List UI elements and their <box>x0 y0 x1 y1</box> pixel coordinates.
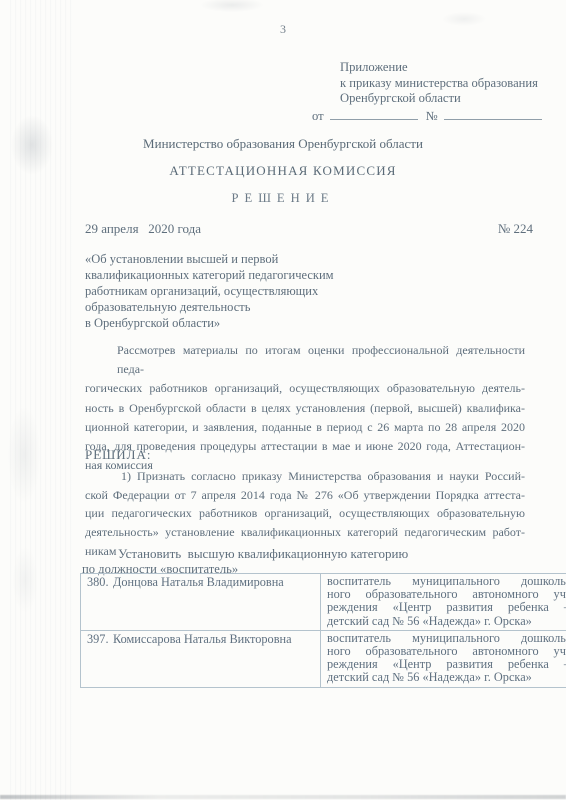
subject-line: «Об установлении высшей и первой <box>85 251 334 267</box>
table-row: 397.Комиссарова Наталья Викторовна воспи… <box>81 630 566 687</box>
document-date: 29 апреля 2020 года <box>85 221 201 237</box>
ministry-title: Министерство образования Оренбургской об… <box>0 136 566 152</box>
subject-line: в Оренбургской области» <box>85 315 334 331</box>
item1-line: 1) Признать согласно приказу Министерств… <box>85 467 525 486</box>
from-label: от <box>312 109 324 123</box>
preamble-line: ционной категории, и заявления, поданные… <box>85 418 525 437</box>
row-number: 397. <box>87 632 113 646</box>
page-number: 3 <box>0 22 566 37</box>
table-row: 380.Донцова Наталья Владимировна воспита… <box>81 574 566 631</box>
teacher-name-cell: 380.Донцова Наталья Владимировна <box>81 574 321 631</box>
item1-line: деятельность» установление квалификацион… <box>85 523 525 542</box>
date-number-row: 29 апреля 2020 года № 224 <box>85 221 533 237</box>
resolved-heading: РЕШИЛА: <box>85 447 152 463</box>
subject-block: «Об установлении высшей и первой квалифи… <box>85 251 334 331</box>
preamble-line: гогических работников организаций, осуще… <box>85 379 525 398</box>
teacher-position-cell: воспитатель муниципального дошколь- ного… <box>321 574 566 631</box>
teacher-name: Комиссарова Наталья Викторовна <box>113 632 292 646</box>
document-type-title: РЕШЕНИЕ <box>0 191 566 206</box>
scan-smudge <box>2 390 46 520</box>
document-number: № 224 <box>498 221 533 237</box>
row-number: 380. <box>87 575 113 589</box>
scan-smudge <box>192 0 272 14</box>
establish-category-line: Установить высшую квалификационную катег… <box>118 546 408 562</box>
item1-line: ской Федерации от 7 апреля 2014 года № 2… <box>85 486 525 505</box>
number-sign: № <box>426 109 438 123</box>
scan-page-edge-shadow <box>0 795 566 799</box>
teacher-name-cell: 397.Комиссарова Наталья Викторовна <box>81 630 321 687</box>
order-date-number-line: от№ <box>312 107 542 124</box>
number-blank-field <box>444 107 542 120</box>
preamble-line: Рассмотрев материалы по итогам оценки пр… <box>85 341 525 379</box>
teacher-position-cell: воспитатель муниципального дошколь- ного… <box>321 630 566 687</box>
subject-line: квалификационных категорий педагогически… <box>85 267 334 283</box>
position-desc-line: детский сад № 56 «Надежда» г. Орска» <box>327 671 566 684</box>
date-blank-field <box>330 107 418 120</box>
teacher-name: Донцова Наталья Владимировна <box>113 575 284 589</box>
attestation-table: 380.Донцова Наталья Владимировна воспита… <box>80 573 566 688</box>
position-desc-line: реждения «Центр развития ребенка – <box>327 601 566 614</box>
scanned-document-page: 3 Приложение к приказу министерства обра… <box>0 0 566 800</box>
appendix-line: Приложение <box>340 60 538 76</box>
appendix-block: Приложение к приказу министерства образо… <box>340 60 538 107</box>
preamble-line: ность в Оренбургской области в целях уст… <box>85 399 525 418</box>
position-desc-line: детский сад № 56 «Надежда» г. Орска» <box>327 615 566 628</box>
subject-line: работникам организаций, осуществляющих <box>85 283 334 299</box>
subject-line: образовательную деятельность <box>85 299 334 315</box>
commission-title: АТТЕСТАЦИОННАЯ КОМИССИЯ <box>0 163 566 179</box>
item1-line: ции педагогических работников организаци… <box>85 504 525 523</box>
appendix-line: Оренбургской области <box>340 91 538 107</box>
appendix-line: к приказу министерства образования <box>340 76 538 92</box>
scan-smudge <box>8 535 42 625</box>
